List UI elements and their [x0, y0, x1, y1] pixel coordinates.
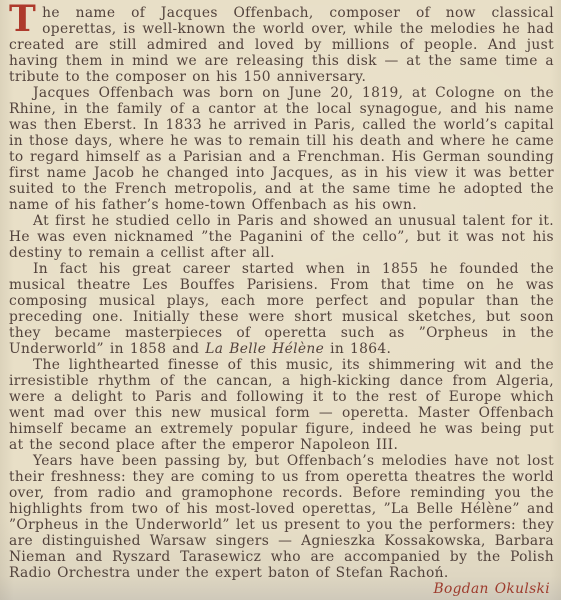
- dropcap-letter: T: [9, 5, 42, 37]
- paragraph-intro: The name of Jacques Offenbach, composer …: [9, 5, 554, 85]
- paragraph-biography: Jacques Offenbach was born on June 20, 1…: [9, 85, 554, 213]
- paragraph-career: In fact his great career started when in…: [9, 261, 554, 357]
- paragraph-cancan-popularity: The lighthearted finesse of this music, …: [9, 357, 554, 453]
- paragraph-cello-studies: At first he studied cello in Paris and s…: [9, 213, 554, 261]
- operetta-title-italic: La Belle Hélène: [205, 341, 324, 357]
- paragraph-intro-text: he name of Jacques Offenbach, composer o…: [9, 5, 554, 85]
- liner-notes-page: The name of Jacques Offenbach, composer …: [0, 0, 561, 600]
- author-signature: Bogdan Okulski: [9, 581, 554, 597]
- paragraph-career-text-after: in 1864.: [324, 341, 391, 357]
- paragraph-performers: Years have been passing by, but Offenbac…: [9, 453, 554, 581]
